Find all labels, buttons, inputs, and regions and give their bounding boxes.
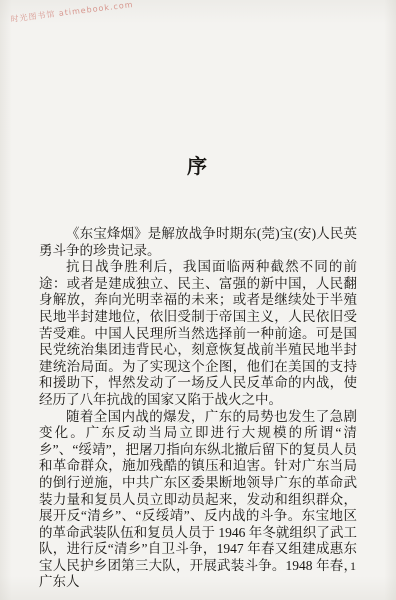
paragraph: 《东宝烽烟》是解放战争时期东(莞)宝(安)人民英勇斗争的珍贵记录。 [39, 226, 357, 259]
page-title: 序 [0, 0, 396, 179]
paragraph: 抗日战争胜利后，我国面临两种截然不同的前途：或者是建成独立、民主、富强的新中国，… [39, 259, 357, 408]
book-page: 时光图书馆 atimebook.com 序 《东宝烽烟》是解放战争时期东(莞)宝… [0, 0, 396, 600]
paragraph: 随着全国内战的爆发，广东的局势也发生了急剧变化。广东反动当局立即进行大规模的所谓… [39, 409, 357, 592]
preface-body: 《东宝烽烟》是解放战争时期东(莞)宝(安)人民英勇斗争的珍贵记录。 抗日战争胜利… [39, 226, 357, 591]
page-number: 1 [350, 559, 356, 574]
